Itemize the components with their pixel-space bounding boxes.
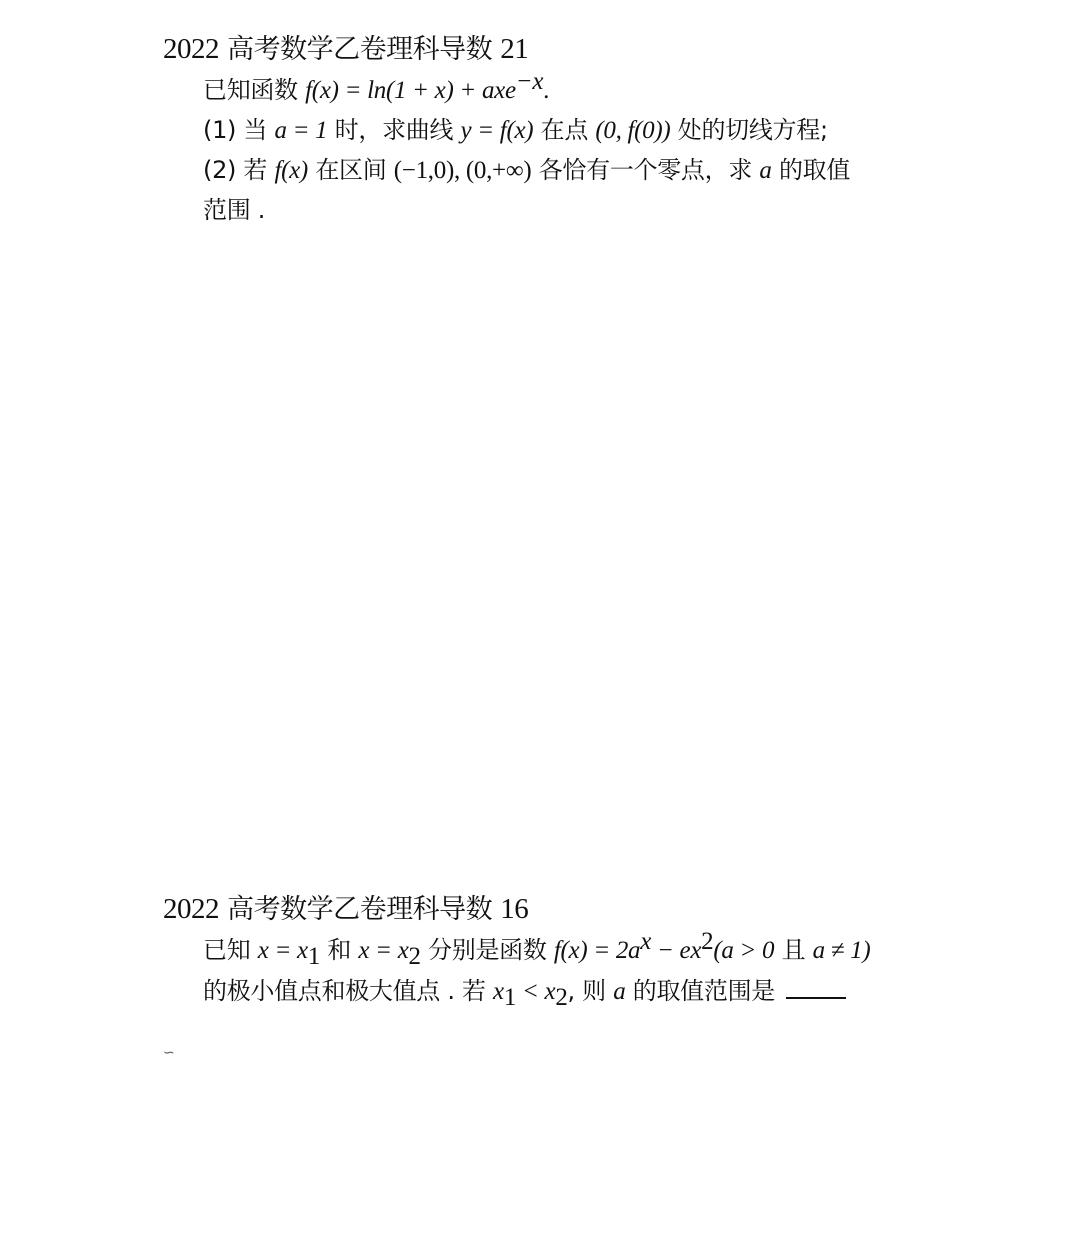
subscript: 2 (409, 943, 421, 970)
problem-statement-line: 已知函数 f(x) = ln(1 + x) + axe−x. (203, 75, 549, 106)
text: 已知 (203, 936, 250, 964)
superscript: x (640, 928, 651, 955)
part-label: (1) 当 (203, 116, 267, 144)
formula: a (759, 157, 771, 184)
text: 分别是函数 (428, 936, 547, 964)
text: 的极小值点和极大值点 . 若 (203, 977, 486, 1005)
problem-statement-line: 的极小值点和极大值点 . 若 x1 < x2, 则 a 的取值范围是 (203, 975, 846, 1007)
page-mark-icon: ∽ (163, 1045, 175, 1061)
subscript: 1 (308, 943, 320, 970)
formula: − ex (651, 937, 701, 964)
text: 在区间 (315, 156, 386, 184)
punct: . (543, 77, 549, 104)
formula: < x (516, 978, 555, 1005)
title-text: 高考数学乙卷理科导数 (227, 894, 492, 925)
formula: x = x (358, 937, 408, 964)
text: , 则 (568, 977, 606, 1005)
formula: (−1,0), (0,+∞) (394, 157, 532, 184)
subscript: 1 (504, 984, 516, 1011)
title-year: 2022 (163, 893, 219, 925)
title-text: 高考数学乙卷理科导数 (227, 34, 492, 65)
text: 已知函数 (203, 76, 298, 104)
problem-title: 2022 高考数学乙卷理科导数 21 (163, 32, 528, 67)
formula: x (493, 978, 504, 1005)
title-number: 16 (500, 893, 528, 925)
subscript: 2 (555, 984, 567, 1011)
formula: (a > 0 (713, 937, 774, 964)
part-label: (2) 若 (203, 156, 267, 184)
superscript: 2 (701, 928, 713, 955)
answer-blank (786, 975, 846, 999)
problem-statement-line: 已知 x = x1 和 x = x2 分别是函数 f(x) = 2ax − ex… (203, 935, 870, 966)
problem-title: 2022 高考数学乙卷理科导数 16 (163, 892, 528, 927)
formula: a ≠ 1) (813, 937, 871, 964)
text: 且 (782, 936, 806, 964)
formula: f(x) (274, 157, 308, 184)
text: 各恰有一个零点，求 (539, 156, 752, 184)
text: 的取值范围是 (633, 977, 775, 1005)
text: 范围 . (203, 196, 265, 224)
formula: a (613, 978, 625, 1005)
text: 时，求曲线 (335, 116, 454, 144)
formula: x = x (258, 937, 308, 964)
text: 的取值 (779, 156, 850, 184)
formula-exponent: −x (516, 68, 543, 95)
formula: (0, f(0)) (595, 117, 670, 144)
title-number: 21 (500, 33, 528, 65)
text: 和 (327, 936, 351, 964)
title-year: 2022 (163, 33, 219, 65)
question-part-2-cont: 范围 . (203, 195, 265, 225)
question-part-1: (1) 当 a = 1 时，求曲线 y = f(x) 在点 (0, f(0)) … (203, 115, 828, 146)
text: 处的切线方程; (678, 116, 828, 144)
formula: a = 1 (274, 117, 327, 144)
question-part-2: (2) 若 f(x) 在区间 (−1,0), (0,+∞) 各恰有一个零点，求 … (203, 155, 850, 186)
formula: y = f(x) (461, 117, 534, 144)
text: 在点 (541, 116, 588, 144)
formula: f(x) = 2a (554, 937, 640, 964)
formula: f(x) = ln(1 + x) + axe (305, 77, 516, 104)
